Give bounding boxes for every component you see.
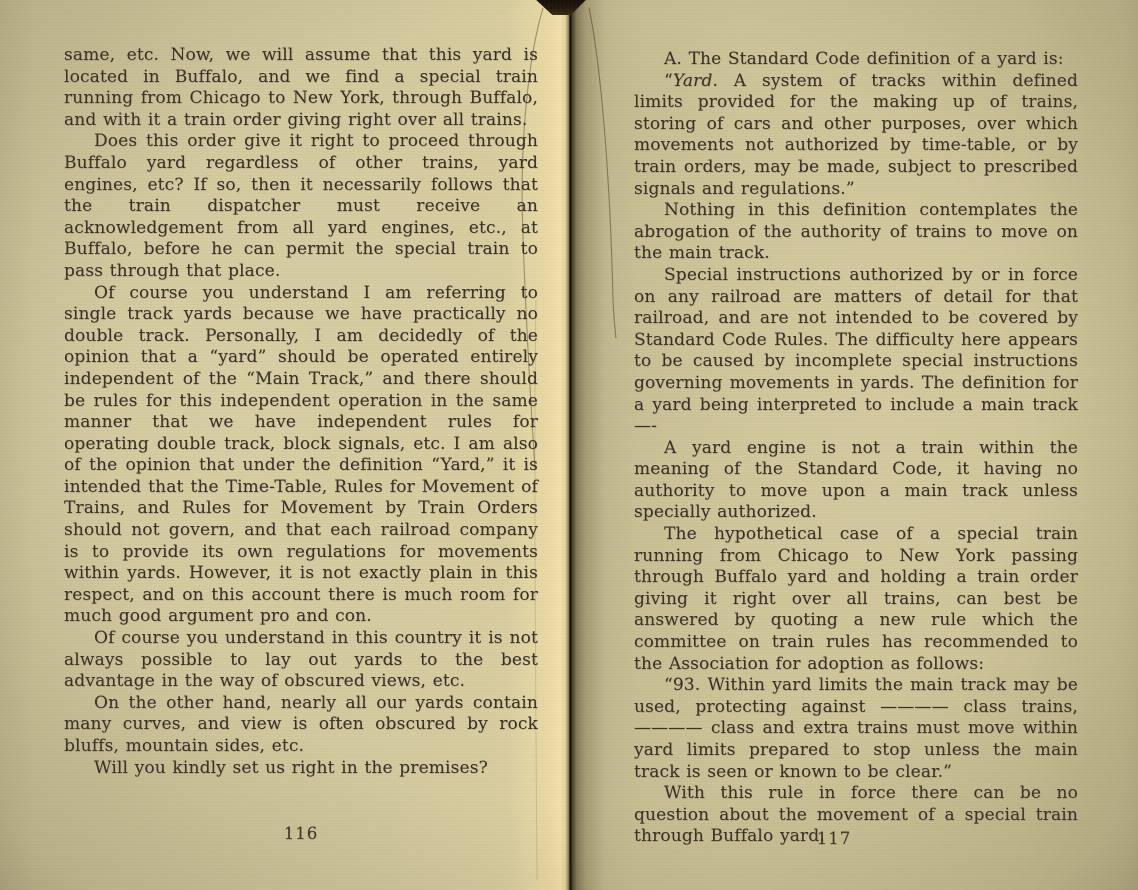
text-run: “ xyxy=(664,71,673,91)
paragraph: Of course you understand in this country… xyxy=(64,628,538,693)
paragraph: Will you kindly set us right in the prem… xyxy=(64,758,538,780)
text-run: same, etc. Now, we will assume that this… xyxy=(64,45,538,130)
paragraph: same, etc. Now, we will assume that this… xyxy=(64,45,538,131)
paragraph: “93. Within yard limits the main track m… xyxy=(634,675,1078,783)
text-run: “93. Within yard limits the main track m… xyxy=(634,675,1078,781)
text-run: Special instructions authorized by or in… xyxy=(634,265,1078,436)
text-run: Does this order give it right to proceed… xyxy=(64,131,538,281)
text-run: Of course you understand in this country… xyxy=(64,628,538,691)
text-run: Of course you understand I am referring … xyxy=(64,283,538,627)
book-scan: same, etc. Now, we will assume that this… xyxy=(0,0,1138,890)
page-right-text: A. The Standard Code definition of a yar… xyxy=(634,49,1078,848)
italic-text-run: Yard. xyxy=(673,71,718,91)
text-run: A yard engine is not a train within the … xyxy=(634,438,1078,523)
paragraph: “Yard. A system of tracks within defined… xyxy=(634,71,1078,201)
paragraph: The hypothetical case of a special train… xyxy=(634,524,1078,675)
text-run: The hypothetical case of a special train… xyxy=(634,524,1078,674)
paragraph: Of course you understand I am referring … xyxy=(64,283,538,629)
paragraph: Special instructions authorized by or in… xyxy=(634,265,1078,438)
paragraph: A. The Standard Code definition of a yar… xyxy=(634,49,1078,71)
text-run: On the other hand, nearly all our yards … xyxy=(64,693,538,756)
page-left-text: same, etc. Now, we will assume that this… xyxy=(64,45,538,779)
paragraph: On the other hand, nearly all our yards … xyxy=(64,693,538,758)
page-number-left: 116 xyxy=(64,824,538,843)
text-run: Will you kindly set us right in the prem… xyxy=(94,758,488,778)
paragraph: Does this order give it right to proceed… xyxy=(64,131,538,282)
page-number-right: 117 xyxy=(612,829,1056,848)
text-run: A. The Standard Code definition of a yar… xyxy=(664,49,1064,69)
paragraph: A yard engine is not a train within the … xyxy=(634,438,1078,524)
text-run: Nothing in this definition contemplates … xyxy=(634,200,1078,263)
paragraph: Nothing in this definition contemplates … xyxy=(634,200,1078,265)
